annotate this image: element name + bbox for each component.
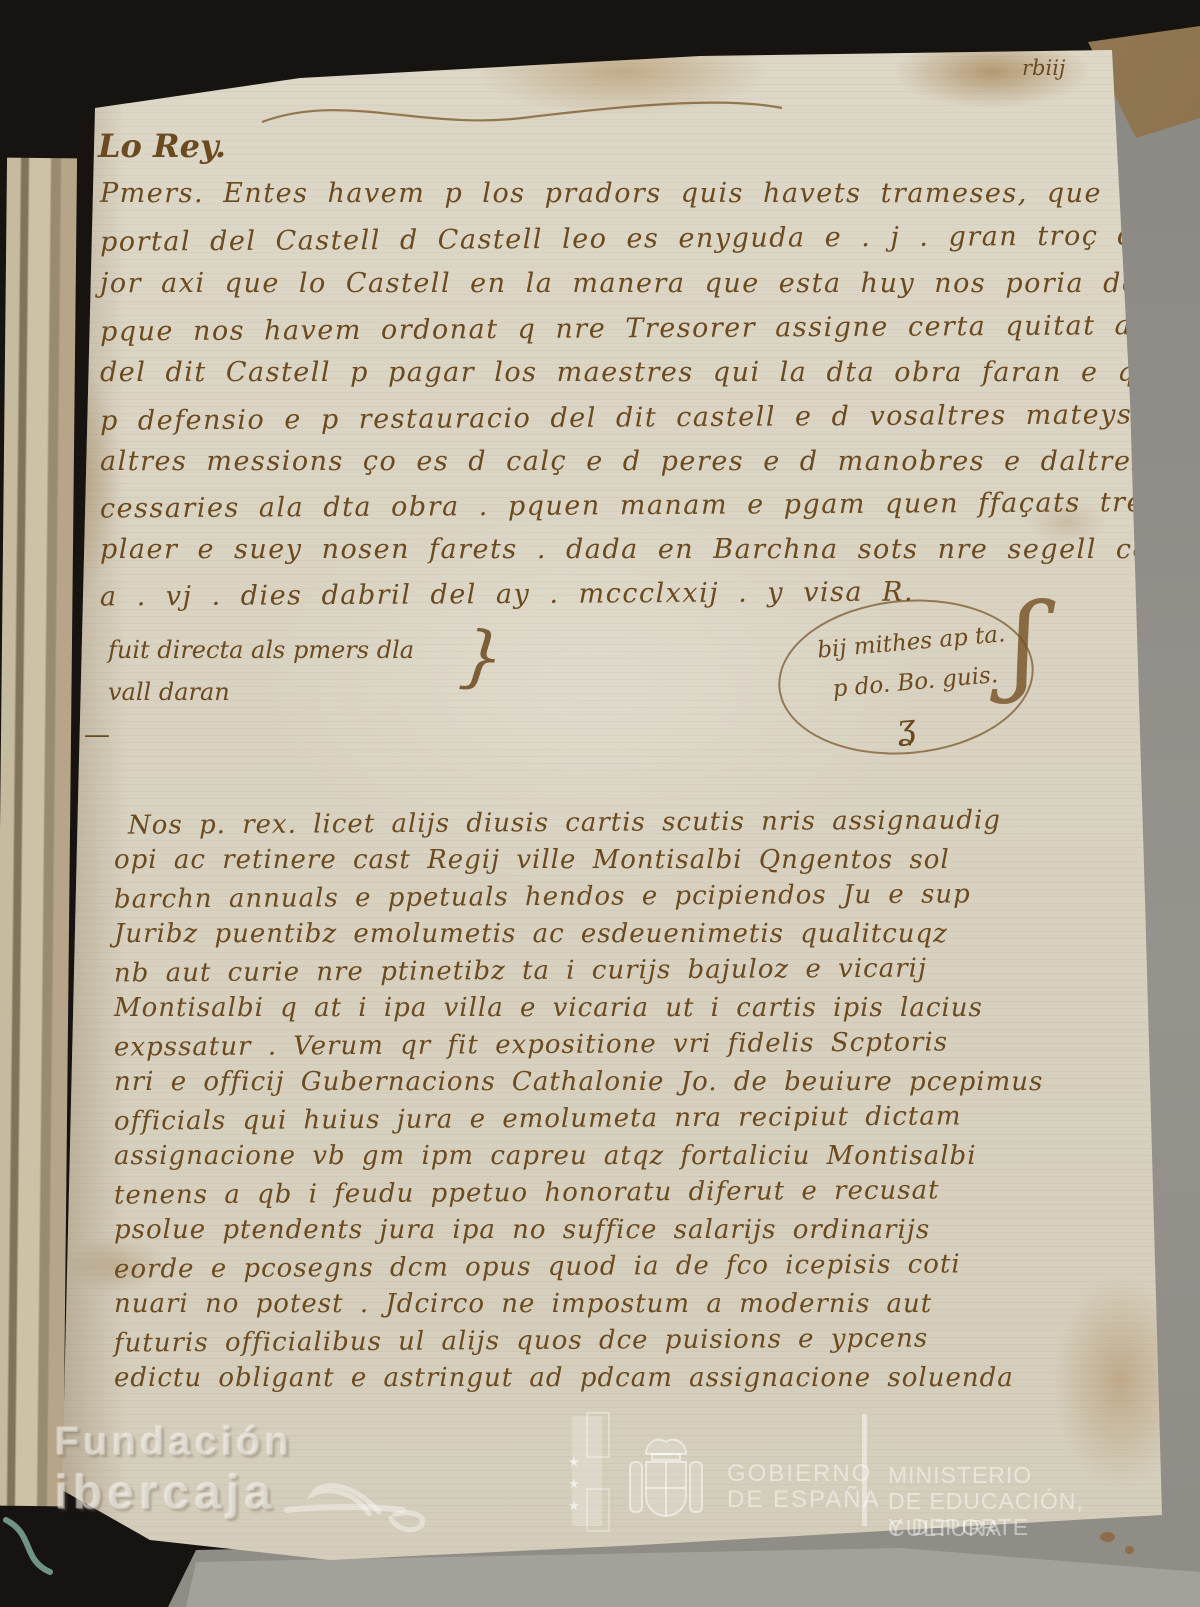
ministry-watermark-line3: Y DEPORTE <box>888 1514 1029 1541</box>
heading-lo-rey: Lo Rey. <box>98 130 226 162</box>
circle-note-line: p do. Bo. guis. <box>832 664 999 701</box>
circle-note-line: bij mithes ap ta. <box>816 623 1006 662</box>
spain-coat-of-arms-icon <box>616 1432 716 1532</box>
paragraph2-line: nb aut curie nre ptinetibz ta i curijs b… <box>114 956 927 987</box>
paragraph2-line: futuris officialibus ul alijs quos dce p… <box>114 1326 928 1357</box>
binding-thread <box>0 1508 90 1588</box>
paragraph2-line: assignacione vb gm ipm capreu atqz forta… <box>114 1143 977 1169</box>
watermark-divider <box>862 1414 867 1526</box>
government-watermark-line1: GOBIERNO <box>727 1460 872 1488</box>
paragraph2-line: Nos p. rex. licet alijs diusis cartis sc… <box>128 807 1001 838</box>
star-icon: ★ <box>568 1498 580 1514</box>
margin-note-line: vall daran <box>108 680 230 704</box>
ibercaja-watermark: Fundación ibercaja <box>55 1420 475 1550</box>
ink-stain-dot <box>1125 1546 1134 1554</box>
manuscript-page: rbiij Lo Rey. Pmers. Entes havem p los p… <box>62 50 1164 1562</box>
paragraph1-line: altres messions ço es d calç e d peres e… <box>100 448 1200 475</box>
margin-note-bracket: } <box>457 622 507 694</box>
paragraph2-line: Montisalbi q at i ipa villa e vicaria ut… <box>114 995 983 1021</box>
pen-flourish-line <box>252 86 792 136</box>
paragraph1-line: jor axi que lo Castell en la manera que … <box>100 270 1200 297</box>
paragraph2-line: opi ac retinere cast Regij ville Montisa… <box>114 847 950 873</box>
paragraph1-line: del dit Castell p pagar los maestres qui… <box>100 359 1200 386</box>
paragraph2-line: barchn annuals e ppetuals hendos e pcipi… <box>114 881 971 912</box>
ministry-watermark-line1: MINISTERIO <box>888 1462 1032 1489</box>
paragraph2-line: nuari no potest . Jdcirco ne impostum a … <box>114 1291 932 1317</box>
book-page-edges <box>0 158 77 1507</box>
folio-number: rbiij <box>1022 58 1065 79</box>
paragraph1-line: a . vj . dies dabril del ay . mccclxxij … <box>100 579 914 611</box>
paragraph1-line: Pmers. Entes havem p los pradors quis ha… <box>100 180 1200 207</box>
government-watermark: ★ ★ ★ GOBIERNO DE ESPAÑA MINISTERIO DE E… <box>572 1412 1200 1542</box>
margin-dash: — <box>84 722 110 748</box>
paragraph1-line: p defensio e p restauracio del dit caste… <box>100 400 1200 434</box>
manuscript-photo: rbiij Lo Rey. Pmers. Entes havem p los p… <box>0 0 1200 1607</box>
paragraph2-line: nri e officij Gubernacions Cathalonie Jo… <box>114 1069 1043 1095</box>
star-icon: ★ <box>568 1476 580 1492</box>
ink-stain-dot <box>1100 1532 1115 1542</box>
paragraph2-line: expssatur . Verum qr fit expositione vri… <box>114 1029 948 1060</box>
ibercaja-bird-icon <box>283 1464 433 1539</box>
paragraph2-line: psolue ptendents jura ipa no suffice sal… <box>114 1217 930 1243</box>
circle-note-flourish: ʓ <box>895 709 917 745</box>
government-flag-step2 <box>586 1488 610 1532</box>
paragraph2-line: Juribz puentibz emolumetis ac esdeuenime… <box>114 921 948 947</box>
side-flourish: ʃ <box>1010 590 1039 698</box>
government-watermark-line2: DE ESPAÑA <box>727 1486 881 1514</box>
paragraph2-line: eorde e pcosegns dcm opus quod ia de fco… <box>114 1251 961 1282</box>
government-flag-step <box>586 1412 610 1458</box>
paragraph2-line: tenens a qb i feudu ppetuo honoratu dife… <box>114 1177 940 1208</box>
ibercaja-watermark-line1: Fundación <box>55 1420 293 1465</box>
paragraph2-line: edictu obligant e astringut ad pdcam ass… <box>114 1365 1014 1391</box>
paragraph1-line: pque nos havem ordonat q nre Tresorer as… <box>100 311 1200 345</box>
circled-annotation: bij mithes ap ta. p do. Bo. guis. ʓ <box>772 589 1040 765</box>
paragraph1-line: plaer e suey nosen farets . dada en Barc… <box>100 536 1196 563</box>
paragraph1-line: cessaries ala dta obra . pquen manam e p… <box>100 489 1200 523</box>
paragraph2-line: officials qui huius jura e emolumeta nra… <box>114 1103 962 1134</box>
paragraph1-line: portal del Castell d Castell leo es enyg… <box>100 221 1200 255</box>
star-icon: ★ <box>568 1454 580 1470</box>
margin-note-line: fuit directa als pmers dla <box>108 638 414 662</box>
